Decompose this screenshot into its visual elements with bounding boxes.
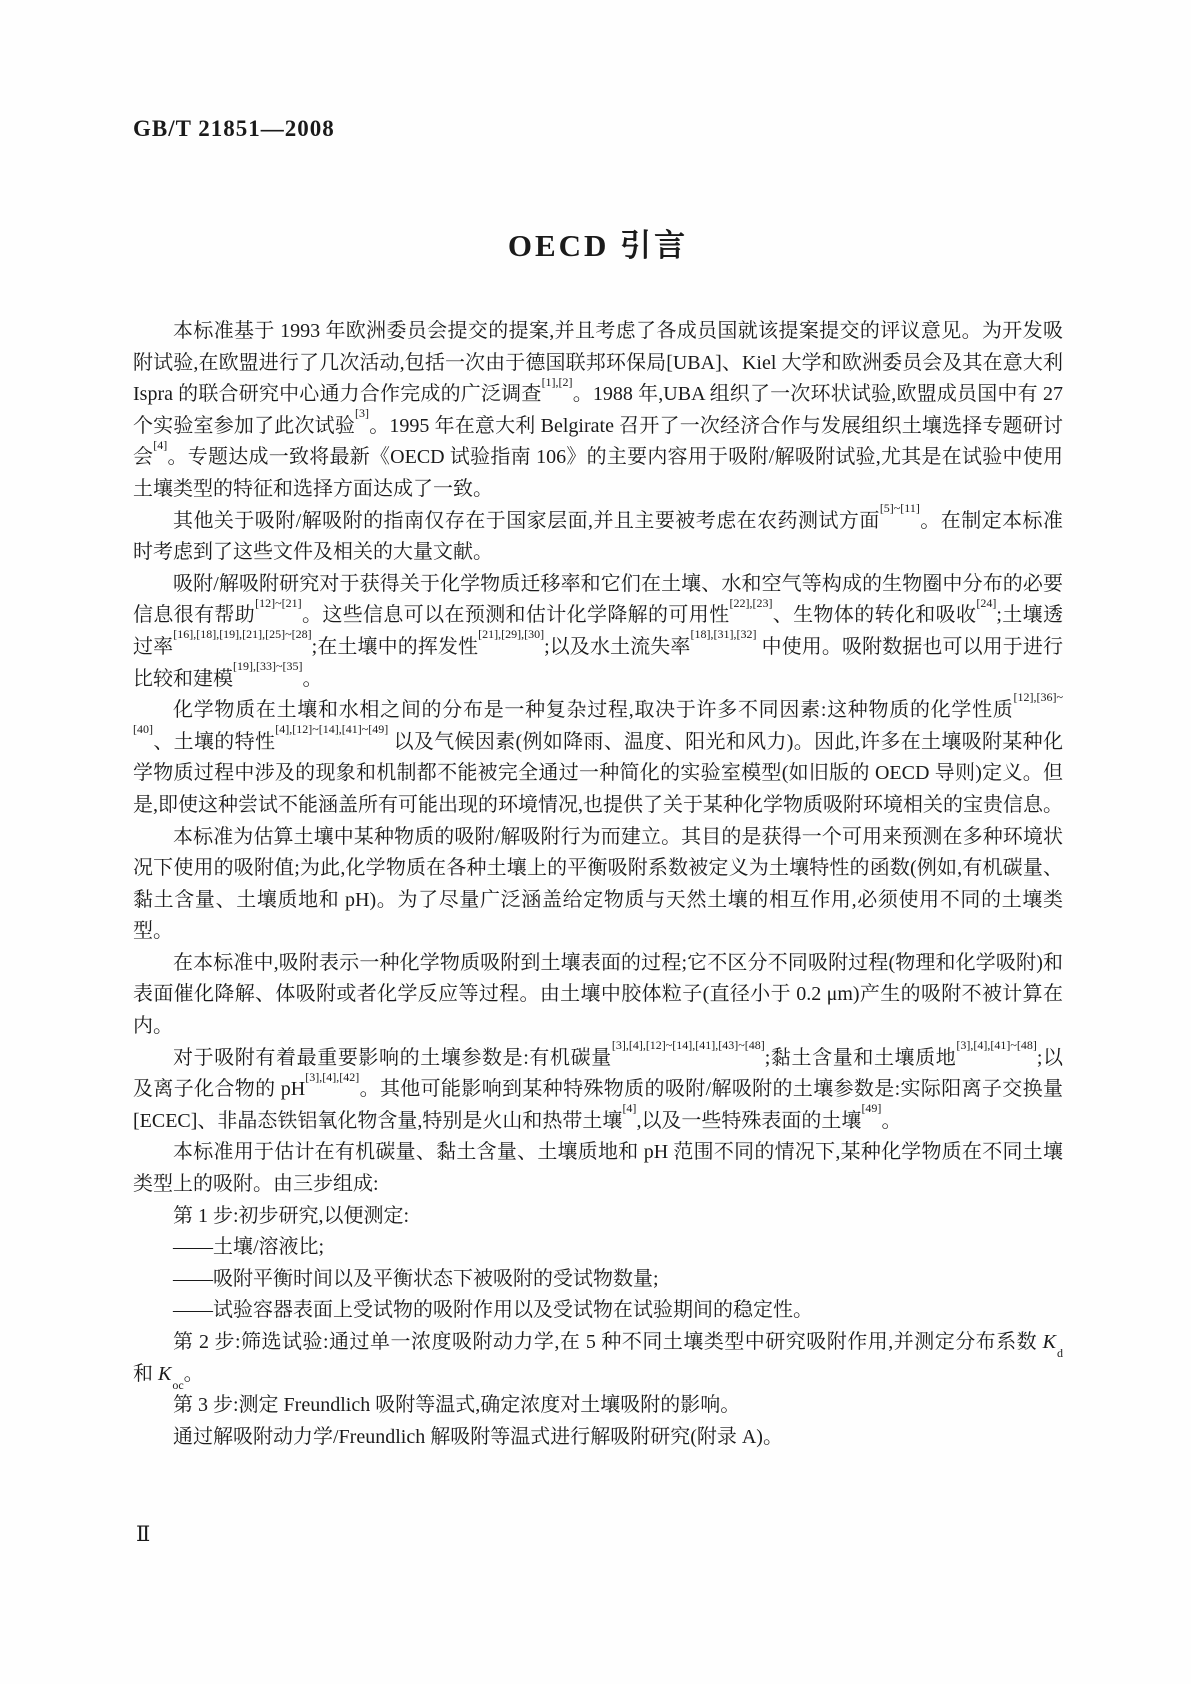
paragraph: 在本标准中,吸附表示一种化学物质吸附到土壤表面的过程;它不区分不同吸附过程(物理… <box>133 948 1063 1043</box>
subscript: d <box>1057 1346 1063 1360</box>
paragraph: 第 2 步:筛选试验:通过单一浓度吸附动力学,在 5 种不同土壤类型中研究吸附作… <box>133 1327 1063 1390</box>
reference-superscript: [3],[4],[12]~[14],[41],[43]~[48] <box>612 1038 765 1052</box>
paragraph: 本标准用于估计在有机碳量、黏土含量、土壤质地和 pH 范围不同的情况下,某种化学… <box>133 1137 1063 1200</box>
reference-superscript: [3],[4],[41]~[48] <box>956 1038 1036 1052</box>
body-text: 本标准基于 1993 年欧洲委员会提交的提案,并且考虑了各成员国就该提案提交的评… <box>133 316 1063 1453</box>
reference-superscript: [21],[29],[30] <box>478 627 544 641</box>
paragraph: 其他关于吸附/解吸附的指南仅存在于国家层面,并且主要被考虑在农药测试方面[5]~… <box>133 506 1063 569</box>
reference-superscript: [22],[23] <box>729 596 772 610</box>
reference-superscript: [49] <box>861 1101 881 1115</box>
paragraph: 本标准基于 1993 年欧洲委员会提交的提案,并且考虑了各成员国就该提案提交的评… <box>133 316 1063 506</box>
paragraph: 第 3 步:测定 Freundlich 吸附等温式,确定浓度对土壤吸附的影响。 <box>133 1390 1063 1422</box>
document-page: GB/T 21851—2008 OECD 引言 本标准基于 1993 年欧洲委员… <box>0 0 1191 1684</box>
reference-superscript: [4],[12]~[14],[41]~[49] <box>275 722 388 736</box>
paragraph: 化学物质在土壤和水相之间的分布是一种复杂过程,取决于许多不同因素:这种物质的化学… <box>133 695 1063 821</box>
subscript: oc <box>172 1378 183 1392</box>
paragraph: 吸附/解吸附研究对于获得关于化学物质迁移率和它们在土壤、水和空气等构成的生物圈中… <box>133 569 1063 695</box>
paragraph: 对于吸附有着最重要影响的土壤参数是:有机碳量[3],[4],[12]~[14],… <box>133 1043 1063 1138</box>
paragraph: ——土壤/溶液比; <box>133 1232 1063 1264</box>
paragraph: ——试验容器表面上受试物的吸附作用以及受试物在试验期间的稳定性。 <box>133 1295 1063 1327</box>
variable-symbol: K <box>1043 1331 1057 1353</box>
reference-superscript: [3],[4],[42] <box>305 1070 359 1084</box>
reference-superscript: [16],[18],[19],[21],[25]~[28] <box>173 627 311 641</box>
standard-number: GB/T 21851—2008 <box>133 116 335 142</box>
reference-superscript: [19],[33]~[35] <box>233 659 302 673</box>
paragraph: 通过解吸附动力学/Freundlich 解吸附等温式进行解吸附研究(附录 A)。 <box>133 1422 1063 1454</box>
reference-superscript: [12],[36]~[40] <box>133 690 1063 736</box>
reference-superscript: [4] <box>153 438 167 452</box>
reference-superscript: [12]~[21] <box>255 596 301 610</box>
reference-superscript: [24] <box>976 596 996 610</box>
reference-superscript: [1],[2] <box>542 375 573 389</box>
reference-superscript: [4] <box>622 1101 636 1115</box>
paragraph: 本标准为估算土壤中某种物质的吸附/解吸附行为而建立。其目的是获得一个可用来预测在… <box>133 822 1063 948</box>
variable-symbol: K <box>158 1363 172 1385</box>
page-number: Ⅱ <box>136 1522 150 1547</box>
reference-superscript: [18],[31],[32] <box>691 627 757 641</box>
page-title: OECD 引言 <box>133 220 1063 265</box>
reference-superscript: [5]~[11] <box>880 501 920 515</box>
paragraph: 第 1 步:初步研究,以便测定: <box>133 1201 1063 1233</box>
paragraph: ——吸附平衡时间以及平衡状态下被吸附的受试物数量; <box>133 1264 1063 1296</box>
reference-superscript: [3] <box>355 406 369 420</box>
